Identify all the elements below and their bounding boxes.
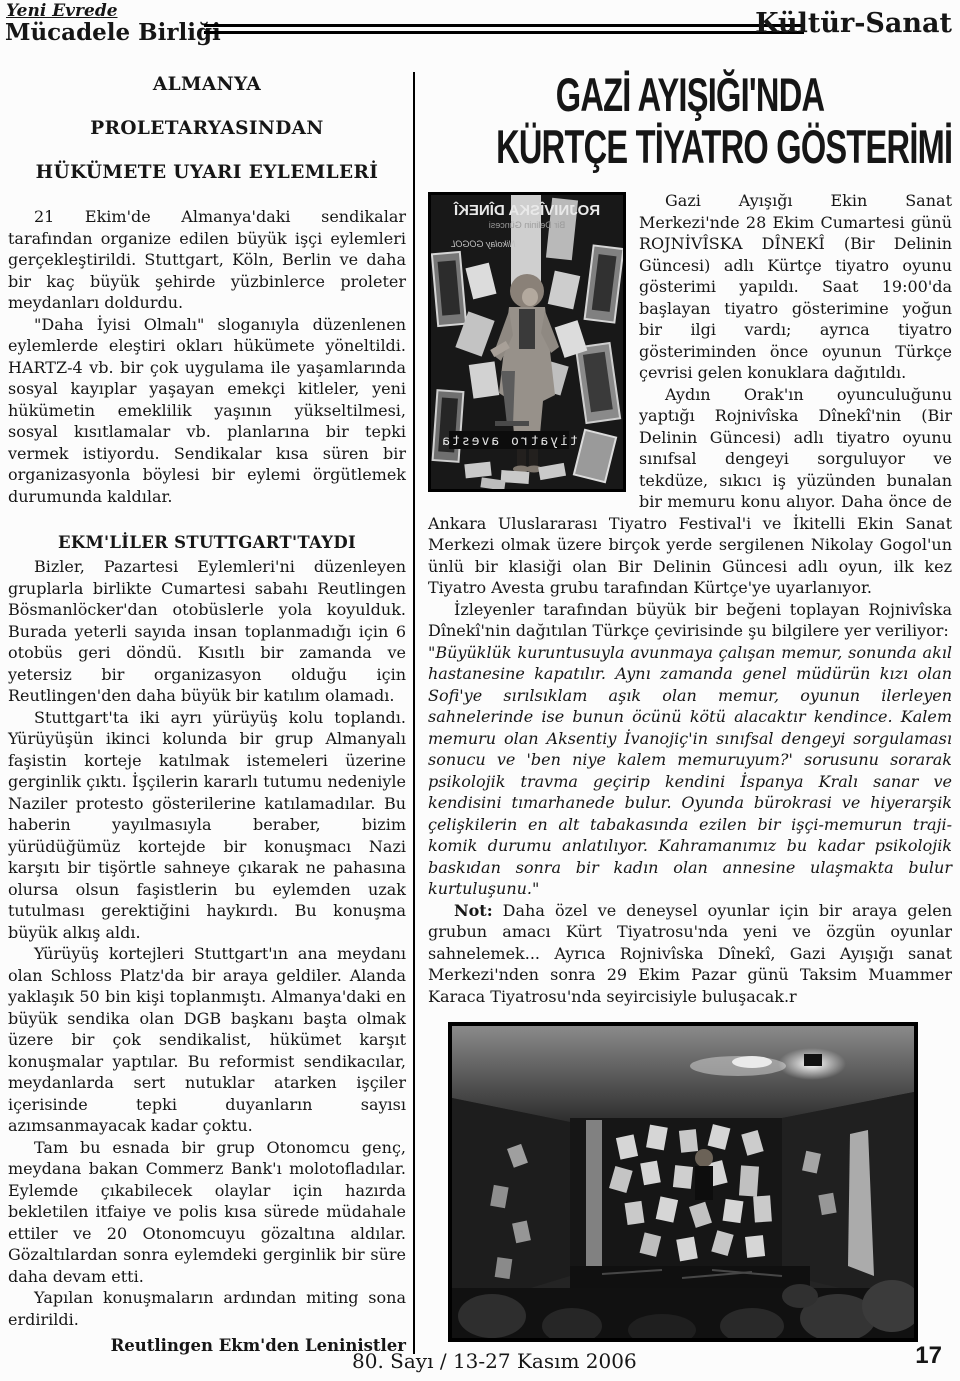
right-quote-paragraph: "Büyüklük kuruntusuyla avunmaya çalışan … [428,642,952,900]
photo-left-wall [452,1098,570,1312]
right-article: GAZİ AYIŞIĞI'NDA KÜRTÇE TİYATRO GÖSTERİM… [428,70,952,1007]
poster-subtitle-mirrored: Bir Delinin Güncesi [489,220,566,230]
headline-line-2: KÜRTÇE TİYATRO GÖSTERİMİ [496,120,884,176]
poster-artwork: ROJNIVÎSKA DÎNEKÎ Bir Delinin Güncesi Ni… [431,195,623,489]
section-title: Kültür-Sanat [755,8,952,39]
masthead-double-rule [204,24,804,34]
masthead-brand-top: Yeni Evrede [6,1,118,21]
svg-text:Nikolay GOGOL: Nikolay GOGOL [450,239,515,249]
left-article: ALMANYA PROLETARYASINDAN HÜKÜMETE UYARI … [8,70,406,1355]
headline-line-1: GAZİ AYIŞIĞI'NDA [496,68,884,124]
left-article-title: ALMANYA PROLETARYASINDAN HÜKÜMETE UYARI … [8,74,406,183]
left-article-subhead: EKM'LİLER STUTTGART'TAYDI [8,533,406,552]
left-paragraph: Stuttgart'ta iki ayrı yürüyüş kolu topla… [8,707,406,944]
photo-light-fixture [804,1054,822,1066]
issue-info: 80. Sayı / 13-27 Kasım 2006 [352,1349,637,1373]
left-paragraph: 21 Ekim'de Almanya'daki sendikalar taraf… [8,206,406,314]
left-paragraph: Yürüyüş kortejleri Stuttgart'ın ana meyd… [8,943,406,1137]
left-title-line-1: ALMANYA [8,74,406,95]
note-label: Not: [454,901,493,920]
svg-text:tiyatro avesta: tiyatro avesta [440,434,578,449]
svg-text:Bir Delinin Güncesi: Bir Delinin Güncesi [489,220,566,230]
poster-title-mirrored: ROJNIVÎSKA DÎNEKÎ [453,201,600,219]
left-paragraph: Bizler, Pazartesi Eylemleri'ni düzenleye… [8,556,406,707]
svg-text:ROJNIVÎSKA DÎNEKÎ: ROJNIVÎSKA DÎNEKÎ [453,201,600,219]
photo-actor-figure [695,1149,713,1200]
poster-footer-text-mirrored: tiyatro avesta [440,434,578,449]
right-article-headline: GAZİ AYIŞIĞI'NDA KÜRTÇE TİYATRO GÖSTERİM… [428,70,952,174]
column-divider-rule [413,72,415,1354]
photo-left-strip [586,1120,602,1270]
left-paragraph: Yapılan konuşmaların ardından miting son… [8,1287,406,1330]
poster-author-mirrored: Nikolay GOGOL [450,239,515,249]
left-paragraph: "Daha İyisi Olmalı" sloganıyla düzenlene… [8,314,406,508]
stage-photo-artwork [452,1026,914,1338]
right-note-paragraph: Not: Daha özel ve deneysel oyunlar için … [428,900,952,1008]
right-paragraph: İzleyenler tarafından büyük bir beğeni t… [428,599,952,642]
left-title-line-2: PROLETARYASINDAN [8,118,406,139]
page-number: 17 [915,1342,942,1370]
newspaper-page: Yeni Evrede Mücadele Birliği Kültür-Sana… [0,0,960,1381]
left-title-line-3: HÜKÜMETE UYARI EYLEMLERİ [8,162,406,183]
left-article-signature: Reutlingen Ekm'den Leninistler [8,1336,406,1355]
left-paragraph: Tam bu esnada bir grup Otonomcu genç, me… [8,1137,406,1288]
stage-photo-image [448,1022,918,1342]
note-text: Daha özel ve deneysel oyunlar için bir a… [428,901,952,1006]
masthead-brand-bottom: Mücadele Birliği [5,19,221,46]
theater-poster-image: ROJNIVÎSKA DÎNEKÎ Bir Delinin Güncesi Ni… [428,192,626,492]
